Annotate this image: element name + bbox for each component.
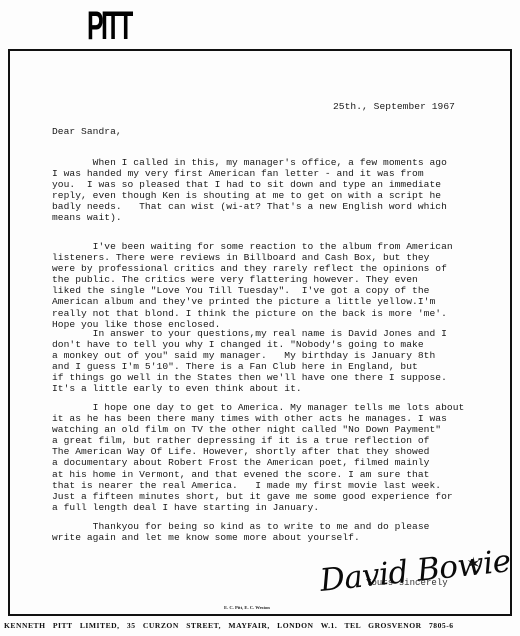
paragraph-thankyou: Thankyou for being so kind as to write t… bbox=[52, 521, 429, 543]
letter-date: 25th., September 1967 bbox=[333, 101, 455, 112]
letterhead-footer: KENNETH PITT LIMITED, 35 CURZON STREET, … bbox=[4, 621, 516, 630]
paragraph-america: I hope one day to get to America. My man… bbox=[52, 402, 464, 513]
signature-star-icon: ✶ bbox=[466, 554, 481, 575]
paragraph-answers: In answer to your questions,my real name… bbox=[52, 328, 447, 395]
paragraph-album: I've been waiting for some reaction to t… bbox=[52, 241, 453, 330]
paragraph-fan-letter: When I called in this, my manager's offi… bbox=[52, 157, 447, 224]
letterhead-logo: PITT bbox=[87, 6, 131, 46]
salutation: Dear Sandra, bbox=[52, 126, 122, 137]
directors-line: E. C. Pitt, E. C. Weston bbox=[224, 605, 270, 610]
